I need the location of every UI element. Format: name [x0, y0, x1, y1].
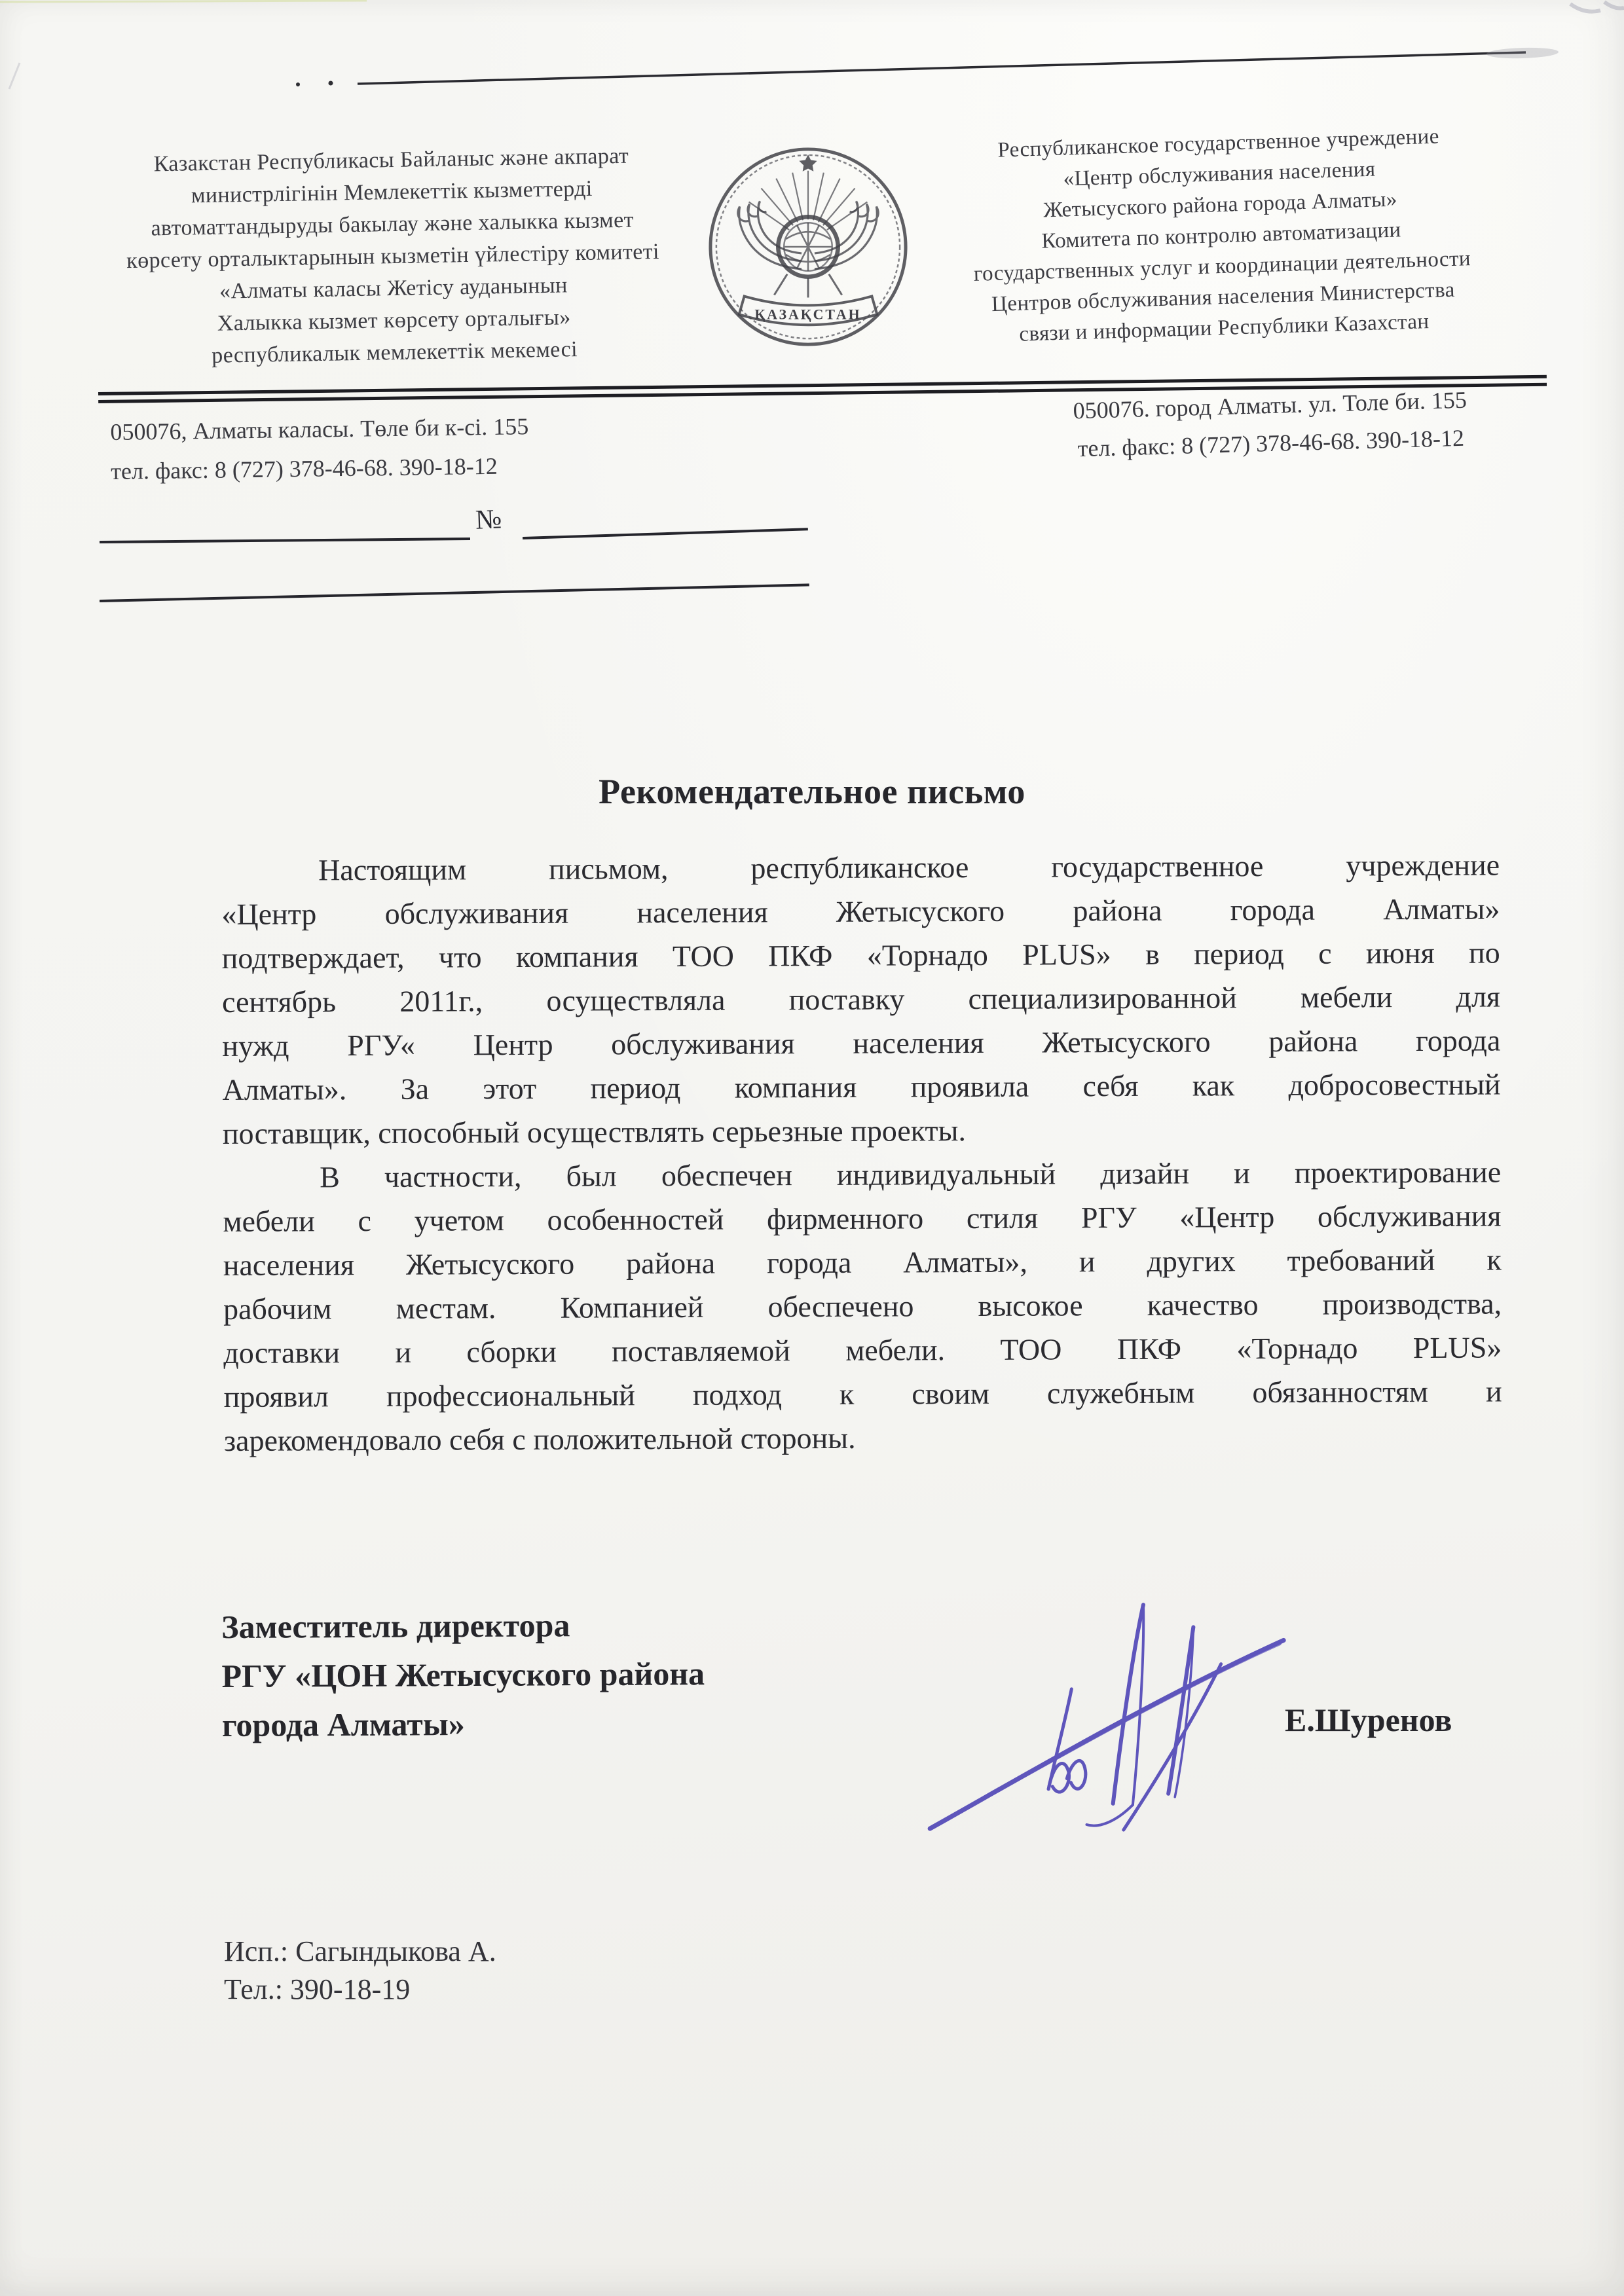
- paragraph-line: Алматы». За этот период компания проявил…: [222, 1062, 1500, 1112]
- letterhead-left-org: Казакстан Республикасы Байланыс және акп…: [103, 139, 683, 373]
- paragraph-line: подтверждает, что компания ТОО ПКФ «Торн…: [222, 930, 1500, 980]
- letter-body: Настоящим письмом, республиканское госуд…: [221, 843, 1502, 1463]
- ref-number-symbol: №: [475, 503, 502, 536]
- emblem-banner-text: ҚАЗАҚСТАН: [754, 306, 861, 322]
- ref-date-blank-line: [100, 538, 470, 543]
- executor-block: Исп.: Сагындыкова А. Тел.: 390-18-19: [224, 1933, 496, 2009]
- signer-position-line: города Алматы»: [222, 1698, 705, 1750]
- paragraph-line: зарекомендовало себя с положительной сто…: [224, 1413, 1502, 1463]
- executor-phone: Тел.: 390-18-19: [224, 1971, 496, 2009]
- ref-second-blank-line: [100, 583, 809, 602]
- scanned-letter-page: Казакстан Республикасы Байланыс және акп…: [0, 0, 1624, 2296]
- address-left: 050076, Алматы каласы. Төле би к-сі. 155…: [110, 407, 529, 491]
- paragraph-line: доставки и сборки поставляемой мебели. Т…: [223, 1325, 1502, 1375]
- paragraph-line: мебели с учетом особенностей фирменного …: [223, 1194, 1501, 1243]
- paragraph-line: «Центр обслуживания населения Жетысуског…: [221, 886, 1500, 936]
- signer-name: Е.Шуренов: [1285, 1701, 1452, 1739]
- signer-position-line: РГУ «ЦОН Жетысуского района: [221, 1649, 705, 1701]
- emblem-star-icon: [799, 155, 817, 172]
- letter-title: Рекомендательное письмо: [108, 771, 1516, 812]
- letterhead-right-org: Республиканское государственное учрежден…: [917, 119, 1526, 354]
- ref-number-blank-line: [523, 528, 808, 539]
- executor-name: Исп.: Сагындыкова А.: [224, 1933, 496, 1971]
- address-right: 050076. город Алматы. ул. Толе би. 155 т…: [1018, 379, 1524, 469]
- paragraph-line: сентябрь 2011г., осуществляла поставку с…: [222, 974, 1500, 1024]
- paragraph-line: поставщик, способный осуществлять серьез…: [223, 1106, 1501, 1156]
- paragraph-line: нужд РГУ« Центр обслуживания населения Ж…: [222, 1018, 1500, 1068]
- paragraph-line: проявил профессиональный подход к своим …: [224, 1369, 1502, 1419]
- address-line: тел. факс: 8 (727) 378-46-68. 390-18-12: [111, 446, 530, 491]
- emblem-sun-rays: [749, 171, 868, 230]
- signer-position-block: Заместитель директора РГУ «ЦОН Жетысуско…: [221, 1600, 705, 1750]
- paragraph-line: рабочим местам. Компанией обеспечено выс…: [223, 1281, 1502, 1331]
- paragraph-line: населения Жетысуского района города Алма…: [223, 1237, 1502, 1287]
- paragraph-line: Настоящим письмом, республиканское госуд…: [221, 843, 1500, 892]
- signer-position-line: Заместитель директора: [221, 1600, 705, 1652]
- address-line: 050076, Алматы каласы. Төле би к-сі. 155: [110, 407, 529, 452]
- paragraph-line: В частности, был обеспечен индивидуальны…: [223, 1150, 1501, 1199]
- kazakhstan-coat-of-arms-icon: ҚАЗАҚСТАН: [704, 139, 912, 352]
